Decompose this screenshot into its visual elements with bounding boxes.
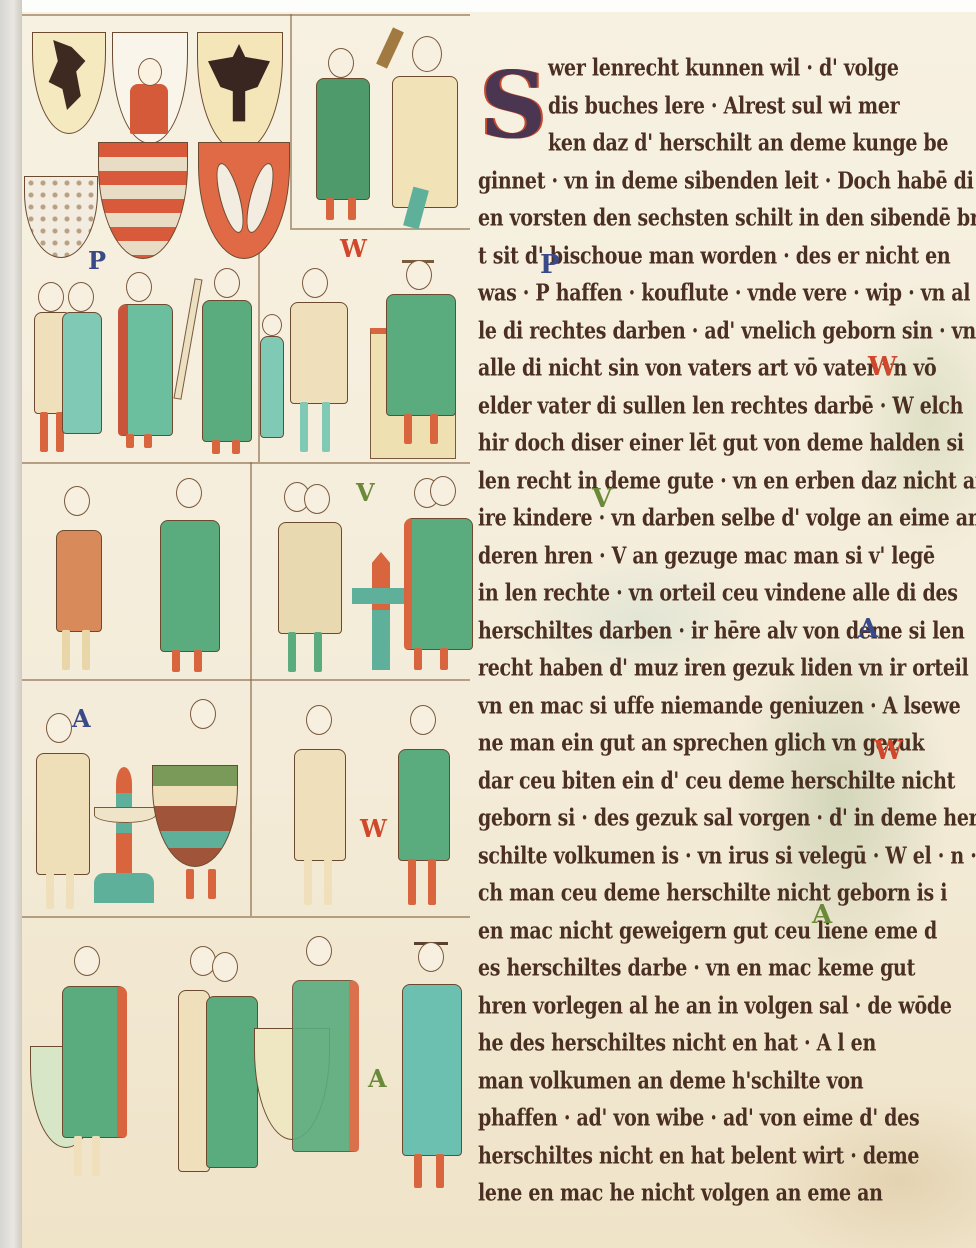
panel-coats-of-arms — [22, 14, 290, 228]
swearing-man-figure — [32, 713, 92, 913]
embracing-pair-figure — [172, 946, 262, 1186]
panel-greeting — [22, 462, 250, 679]
illustration-column: P — [22, 14, 470, 1194]
inline-initial-w-2: W — [874, 736, 903, 766]
text-column: wer lenrecht kunnen wil · d' volge dis b… — [478, 50, 958, 1213]
small-child-figure — [260, 314, 284, 454]
seated-youth-figure — [312, 44, 372, 224]
panel-group-with-shields — [22, 916, 470, 1194]
panel-oath-on-relics — [252, 462, 470, 679]
figure-left — [52, 946, 122, 1186]
bishop-head — [138, 58, 162, 86]
manuscript-page: P — [0, 0, 976, 1248]
figure — [198, 268, 254, 458]
figure — [58, 282, 102, 462]
crowned-figure-right — [396, 934, 466, 1194]
text-line: lene en mac he nicht volgen an eme an — [478, 1170, 958, 1217]
figure-shield-bearer — [284, 936, 354, 1186]
panel-oath-with-shield — [22, 679, 250, 916]
bishop-figure-icon — [130, 84, 168, 134]
panel-homage-to-king — [260, 228, 470, 462]
shield-bearer-figure — [172, 699, 232, 909]
panel-group-standing — [22, 228, 258, 462]
figure — [114, 272, 164, 452]
two-men-figure — [274, 482, 344, 677]
crowned-figure-green — [152, 478, 222, 678]
man-green-tunic-figure — [392, 705, 452, 915]
bearded-man-with-sheaf-figure — [382, 28, 466, 228]
kneeling-man-figure — [282, 268, 352, 458]
binding-gutter — [0, 0, 22, 1248]
panel-seated-figures — [292, 14, 470, 228]
man-tan-tunic-figure — [288, 705, 348, 915]
man-in-red-figure — [46, 486, 106, 676]
inline-initial-w: W — [868, 352, 897, 382]
inline-initial-a-2: A — [812, 900, 832, 930]
reliquary-icon — [94, 767, 154, 907]
inline-initial-p: P — [540, 250, 560, 280]
inline-initial-v: V — [592, 484, 612, 514]
crowned-king-figure — [380, 250, 460, 450]
sheaf-icon — [376, 27, 404, 68]
crowned-lord-figure — [398, 476, 468, 676]
inline-initial-a: A — [858, 614, 878, 644]
panel-commendation — [252, 679, 470, 916]
page-top-edge — [0, 0, 976, 12]
